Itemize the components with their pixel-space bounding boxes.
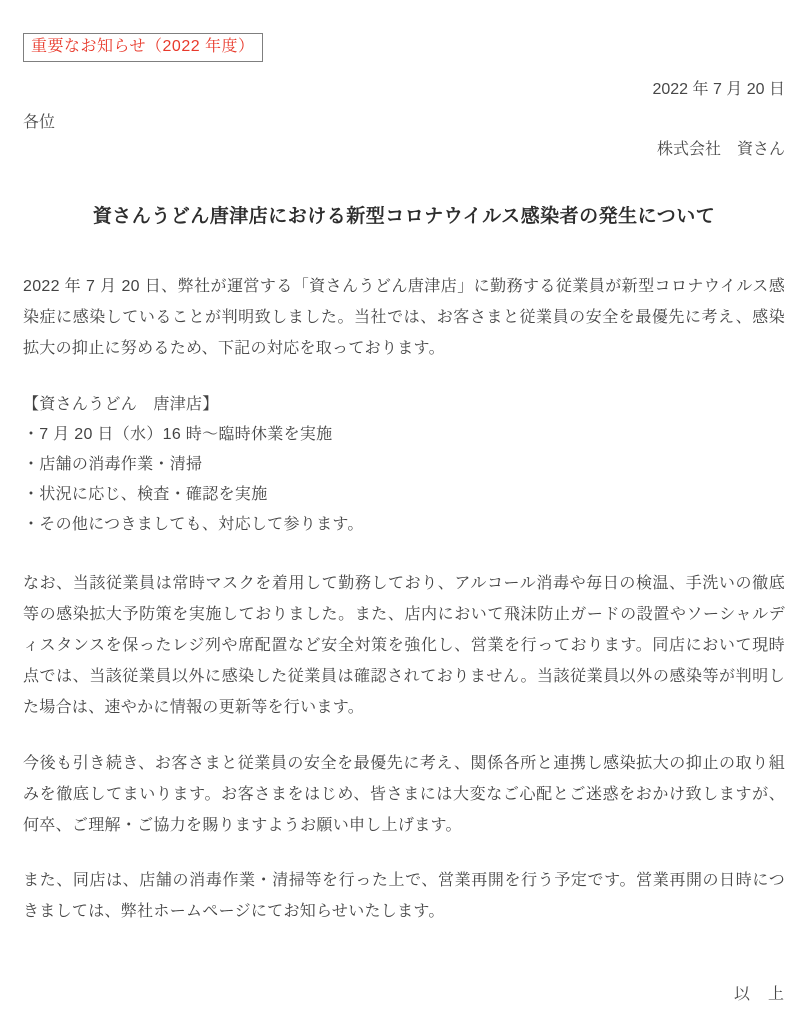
store-heading: 【資さんうどん 唐津店】 [23,390,785,420]
measures-section: 【資さんうどん 唐津店】 ・7 月 20 日（水）16 時～臨時休業を実施 ・店… [23,390,785,540]
document-title: 資さんうどん唐津店における新型コロナウイルス感染者の発生について [23,205,785,229]
measure-item-testing: ・状況に応じ、検査・確認を実施 [23,480,785,510]
measure-item-other: ・その他につきましても、対応して参ります。 [23,510,785,540]
measure-item-disinfection: ・店舗の消毒作業・清掃 [23,450,785,480]
paragraph-intro: 2022 年 7 月 20 日、弊社が運営する「資さんうどん唐津店」に勤務する従… [23,271,785,364]
closing-mark: 以 上 [23,985,785,1005]
paragraph-pledge: 今後も引き続き、お客さまと従業員の安全を最優先に考え、関係各所と連携し感染拡大の… [23,748,785,841]
paragraph-reopening: また、同店は、店舗の消毒作業・清掃等を行った上で、営業再開を行う予定です。営業再… [23,865,785,927]
paragraph-prevention-detail: なお、当該従業員は常時マスクを着用して勤務しており、アルコール消毒や毎日の検温、… [23,568,785,723]
measure-item-temporary-closure: ・7 月 20 日（水）16 時～臨時休業を実施 [23,420,785,450]
company-name: 株式会社 資さん [23,140,785,160]
salutation: 各位 [23,113,785,133]
important-notice-banner: 重要なお知らせ（2022 年度） [23,33,263,62]
notice-document-page: 重要なお知らせ（2022 年度） 2022 年 7 月 20 日 各位 株式会社… [0,0,807,1024]
document-date: 2022 年 7 月 20 日 [23,80,785,100]
